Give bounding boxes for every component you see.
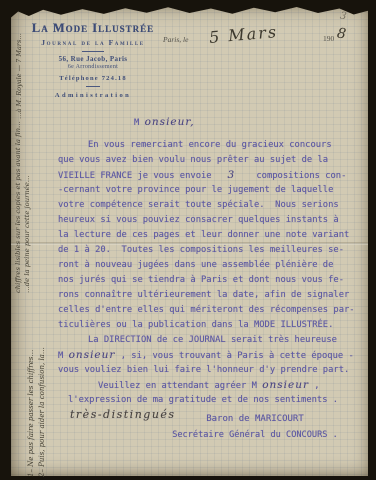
letter-body: M onsieur,En vous remerciant encore du g… <box>58 115 360 421</box>
handwritten-text: onsieur <box>262 379 309 391</box>
typed-text: , si, vous trouvant à Paris à cette époq… <box>115 351 353 361</box>
letter-line: de 1 à 20. Toutes les compositions les m… <box>58 243 360 258</box>
typed-text: votre compétence serait toute spéciale. … <box>58 200 339 210</box>
typed-text: heureux si vous pouviez consacrer quelqu… <box>58 215 339 225</box>
margin-note-middle: chiffres lisibles sur les copies et pas … <box>14 121 32 293</box>
margin-note-middle-line1: chiffres lisibles sur les copies et pas … <box>14 121 23 293</box>
letter-line: M onsieur , si, vous trouvant à Paris à … <box>58 348 360 363</box>
typed-text: ront à nouveau jugées dans une assemblée… <box>58 260 333 270</box>
letterhead-arrondissement: 6e Arrondissement <box>17 64 169 70</box>
letter-line: l'expression de ma gratitude et de nos s… <box>58 393 360 408</box>
letterhead-department: Administration <box>17 92 169 99</box>
handwritten-text: onsieur, <box>145 116 195 128</box>
ornament-rule <box>86 86 100 87</box>
typed-text: rons connaître ultérieurement la date, a… <box>58 290 349 300</box>
letter-line: votre compétence serait toute spéciale. … <box>58 198 360 213</box>
ornament-rule <box>82 51 104 52</box>
signature-block: Baron de MARICOURT Secrétaire Général du… <box>170 411 340 443</box>
letter-line: que vous avez bien voulu nous prêter au … <box>58 153 360 168</box>
typed-text: compositions con- <box>235 171 346 181</box>
dateline-printed-prefix: Paris, le <box>163 35 188 44</box>
letterhead-telephone: Téléphone 724.18 <box>17 75 169 82</box>
margin-note-bottom-line1: 1– Ne pas faire passer les chiffres… <box>26 347 37 477</box>
signature-name: Baron de MARICOURT <box>170 411 340 427</box>
typed-text: M <box>134 118 145 128</box>
typed-text: M <box>58 351 69 361</box>
typed-text: La DIRECTION de ce JOURNAL serait très h… <box>88 335 337 345</box>
typed-text: ticulières ou la publication dans la MOD… <box>58 320 333 330</box>
dateline-printed-year: 190 <box>323 34 334 43</box>
letter-line: rons connaître ultérieurement la date, a… <box>58 288 360 303</box>
typed-text: -cernant votre province pour le jugement… <box>58 185 333 195</box>
dateline-handwritten-day-month: 5 Mars <box>208 22 278 47</box>
letter-line: celles d'entre elles qui mériteront des … <box>58 303 360 318</box>
torn-paper-edge <box>11 4 368 19</box>
letter-line: M onsieur, <box>58 115 360 130</box>
letter-line: Veuillez en attendant agréer M onsieur , <box>58 378 360 393</box>
typed-text: celles d'entre elles qui mériteront des … <box>58 305 355 315</box>
letterhead-title: La Mode Illustrée <box>17 21 169 36</box>
letter-line: ront à nouveau jugées dans une assemblée… <box>58 258 360 273</box>
typed-text: vous vouliez bien lui faire l'honneur d'… <box>58 365 349 375</box>
pencil-corner-mark: 3 <box>339 11 347 23</box>
letterhead-address: 56, Rue Jacob, Paris <box>17 55 169 63</box>
signature-title: Secrétaire Général du CONCOURS . <box>170 427 340 443</box>
letter-line: nos jurés qui se tiendra à Paris et dont… <box>58 273 360 288</box>
scanned-letter-page: La Mode Illustrée Journal de la Famille … <box>11 5 368 476</box>
typed-text: l'expression de ma gratitude et de nos s… <box>68 395 338 405</box>
letter-line: -cernant votre province pour le jugement… <box>58 183 360 198</box>
typed-text: En vous remerciant encore du gracieux co… <box>88 140 332 150</box>
letter-line: vous vouliez bien lui faire l'honneur d'… <box>58 363 360 378</box>
letterhead: La Mode Illustrée Journal de la Famille … <box>17 21 169 99</box>
letter-line: la lecture de ces pages et leur donner u… <box>58 228 360 243</box>
typed-text: nos jurés qui se tiendra à Paris et dont… <box>58 275 344 285</box>
typed-text: , <box>309 381 320 391</box>
dateline-handwritten-year-digit: 8 <box>336 25 347 42</box>
letter-line: VIEILLE FRANCE je vous envoie 3 composit… <box>58 168 360 183</box>
letter-line: En vous remerciant encore du gracieux co… <box>58 138 360 153</box>
dateline: Paris, le 5 Mars 190 8 <box>151 25 361 59</box>
typed-text: de 1 à 20. Toutes les compositions les m… <box>58 245 344 255</box>
letter-line: heureux si vous pouviez consacrer quelqu… <box>58 213 360 228</box>
margin-note-middle-line2: …de la peine pour cette journée… <box>23 121 32 293</box>
typed-text: Veuillez en attendant agréer M <box>98 381 262 391</box>
letterhead-subtitle: Journal de la Famille <box>17 38 169 47</box>
margin-note-bottom: 1– Ne pas faire passer les chiffres… 2– … <box>26 347 48 477</box>
handwritten-text: onsieur <box>69 349 116 361</box>
letter-line: ticulières ou la publication dans la MOD… <box>58 318 360 333</box>
margin-note-bottom-line2: 2– Puis, pour aider la confusion, la… <box>37 347 48 477</box>
letter-line: La DIRECTION de ce JOURNAL serait très h… <box>58 333 360 348</box>
margin-note-top: …à M. Royale — 7 Mars… <box>15 19 23 119</box>
handwritten-text: très-distingués <box>70 408 176 421</box>
typed-text: que vous avez bien voulu nous prêter au … <box>58 155 328 165</box>
typed-text: VIEILLE FRANCE je vous envoie <box>58 171 227 181</box>
typed-text: la lecture de ces pages et leur donner u… <box>58 230 349 240</box>
